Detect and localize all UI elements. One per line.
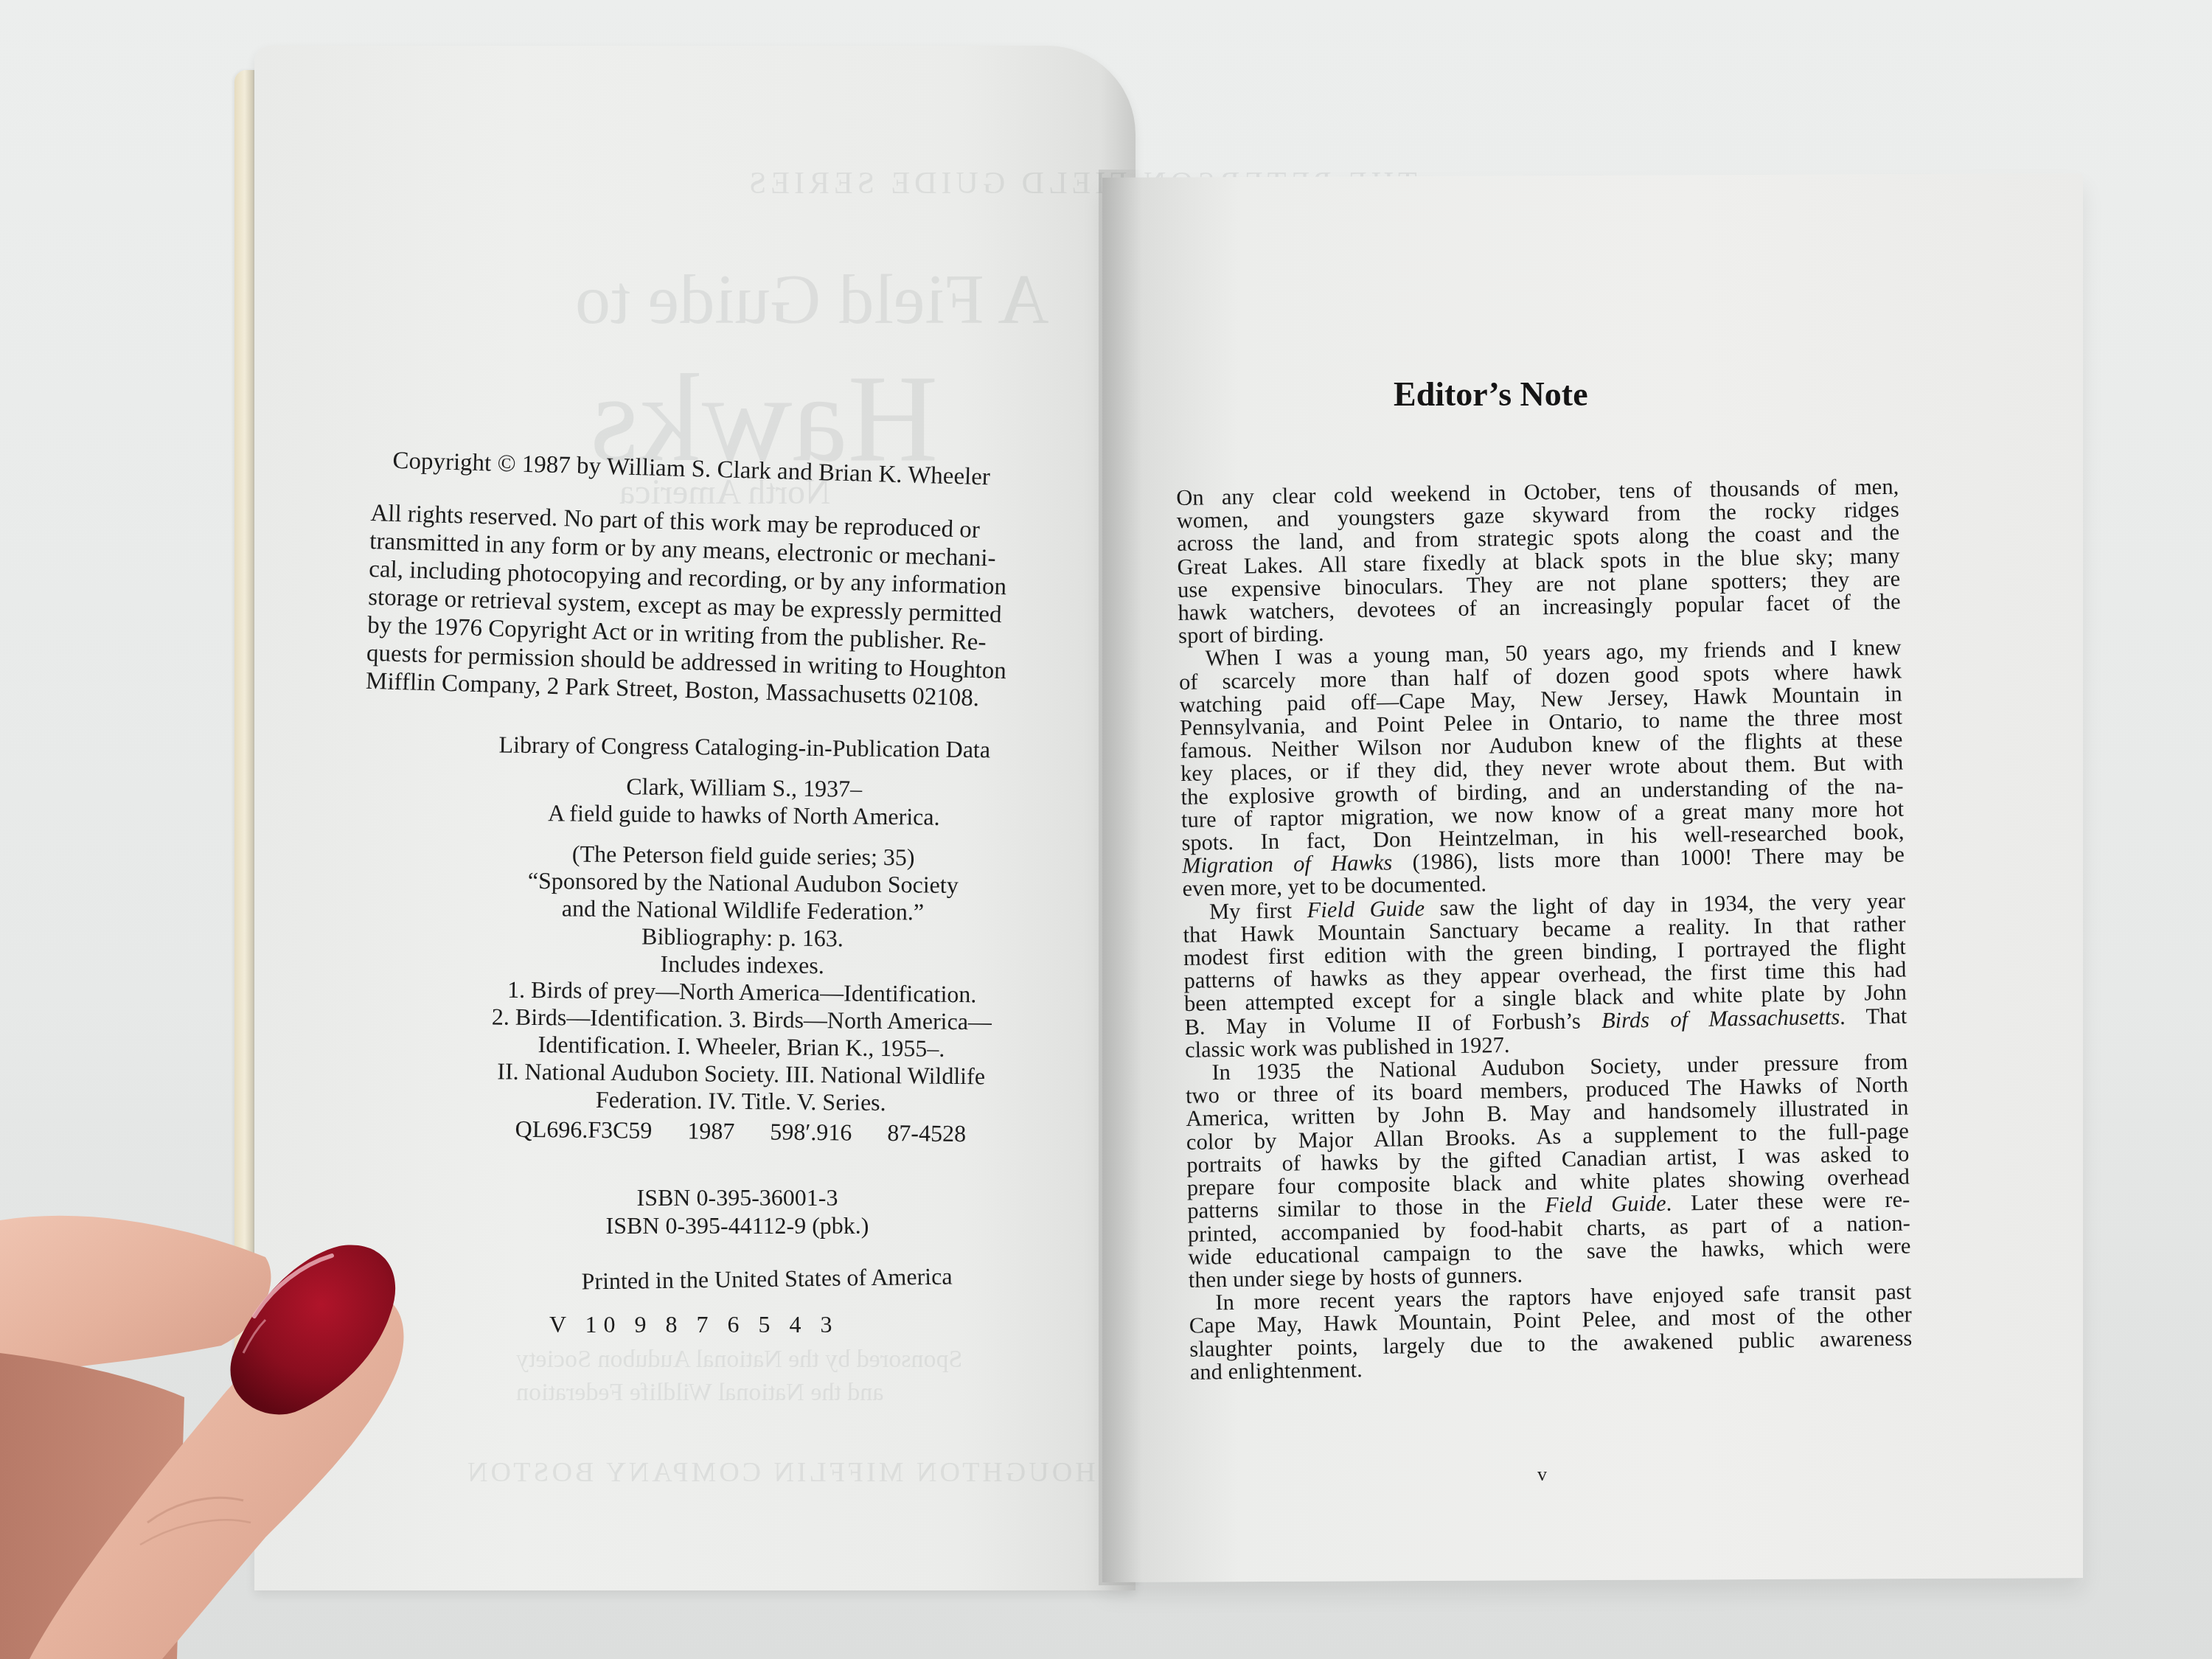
isbn-hardcover: ISBN 0-395-36001-3 bbox=[516, 1183, 959, 1211]
open-book: THE PETERSON FIELD GUIDE SERIES A Field … bbox=[0, 0, 2212, 1659]
paragraph: When I was a young man, 50 years ago, my… bbox=[1178, 636, 1905, 901]
paragraph: My first Field Guide saw the light of da… bbox=[1183, 889, 1907, 1062]
lc-call-number: QL696.F3C59 bbox=[515, 1116, 652, 1144]
page-title: Editor’s Note bbox=[1394, 375, 1588, 414]
print-line: V 10 9 8 7 6 5 4 3 bbox=[549, 1311, 839, 1338]
dewey-number: 598′.916 bbox=[770, 1118, 852, 1146]
rights-statement: All rights reserved. No part of this wor… bbox=[366, 499, 1101, 716]
call-number-year: 1987 bbox=[687, 1117, 734, 1145]
isbn-block: ISBN 0-395-36001-3 ISBN 0-395-44112-9 (p… bbox=[516, 1183, 959, 1239]
cip-data-block: Library of Congress Cataloging-in-Public… bbox=[408, 730, 1077, 1148]
editors-note-body: On any clear cold weekend in October, te… bbox=[1176, 476, 1913, 1384]
paragraph: In more recent years the raptors have en… bbox=[1189, 1281, 1913, 1384]
paragraph: In 1935 the National Audubon Society, un… bbox=[1185, 1051, 1911, 1292]
copyright-section: Copyright © 1987 by William S. Clark and… bbox=[366, 446, 1110, 716]
paragraph: On any clear cold weekend in October, te… bbox=[1176, 476, 1901, 648]
isbn-paperback: ISBN 0-395-44112-9 (pbk.) bbox=[516, 1211, 959, 1239]
page-number: v bbox=[1537, 1464, 1547, 1486]
italic-title: Birds of Massachusetts bbox=[1601, 1004, 1840, 1033]
lccn: 87-4528 bbox=[887, 1119, 966, 1147]
